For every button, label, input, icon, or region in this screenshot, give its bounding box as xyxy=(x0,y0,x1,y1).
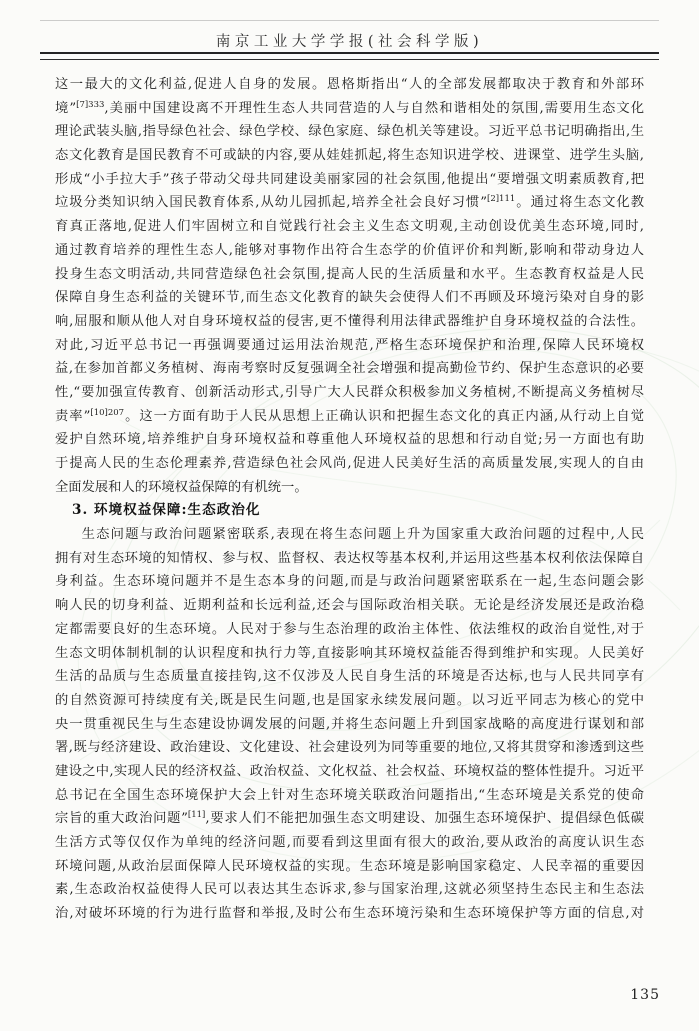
journal-title: 南京工业大学学报(社会科学版) xyxy=(0,30,699,51)
body-text-line: 治,对破坏环境的行为进行监督和举报,及时公布生态环境污染和生态环境保护等方面的信… xyxy=(55,902,644,926)
body-text-line: 理论武装头脑,指导绿色社会、绿色学校、绿色家庭、绿色机关等建设。习近平总书记明确… xyxy=(55,120,644,144)
body-text-line: 育真正落地,促进人们牢固树立和自觉践行社会主义生态文明观,主动创设优美生态环境,… xyxy=(55,215,644,239)
header-top-hairline xyxy=(40,20,659,21)
body-text-line: 通过教育培养的理性生态人,能够对事物作出符合生态学的价值评价和判断,影响和带动身… xyxy=(55,239,644,263)
body-text-line: 定都需要良好的生态环境。人民对于参与生态治理的政治主体性、依法维权的政治自觉性,… xyxy=(55,618,644,642)
body-text-line: 投身生态文明活动,共同营造绿色社会氛围,提高人民的生活质量和水平。生态教育权益是… xyxy=(55,263,644,287)
body-text-line: 素,生态政治权益使得人民可以表达其生态诉求,参与国家治理,这就必须坚持生态民主和… xyxy=(55,878,644,902)
body-text-line: 责率”[10]207。这一方面有助于人民从思想上正确认识和把握生态文化的真正内涵… xyxy=(55,405,644,429)
body-text-line: 总书记在全国生态环境保护大会上针对生态环境关联政治问题指出,“生态环境是关系党的… xyxy=(55,784,644,808)
page-number: 135 xyxy=(630,987,660,1003)
body-text-line: 生态文明体制机制的认识程度和执行力等,直接影响其环境权益能否得到维护和实现。人民… xyxy=(55,642,644,666)
body-text-line: 态文化教育是国民教育不可或缺的内容,要从娃娃抓起,将生态知识进学校、进课堂、进学… xyxy=(55,144,644,168)
citation-superscript: [11] xyxy=(188,810,205,820)
body-text-line: 的自然资源可持续度有关,既是民生问题,也是国家永续发展问题。以习近平同志为核心的… xyxy=(55,689,644,713)
body-text-line: 拥有对生态环境的知情权、参与权、监督权、表达权等基本权利,并运用这些基本权利依法… xyxy=(55,547,644,571)
body-text-line: 建设之中,实现人民的经济权益、政治权益、文化权益、社会权益、环境权益的整体性提升… xyxy=(55,760,644,784)
body-text-line: 形成“小手拉大手”孩子带动父母共同建设美丽家园的社会氛围,他提出“要增强文明素质… xyxy=(55,168,644,192)
body-text-line: 这一最大的文化利益,促进人自身的发展。恩格斯指出“人的全部发展都取决于教育和外部… xyxy=(55,73,644,97)
body-text-line: 生态问题与政治问题紧密联系,表现在将生态问题上升为国家重大政治问题的过程中,人民 xyxy=(55,523,644,547)
body-text-line: 署,既与经济建设、政治建设、文化建设、社会建设列为同等重要的地位,又将其贯穿和渗… xyxy=(55,736,644,760)
body-text-line: 环境问题,从政治层面保障人民环境权益的实现。生态环境是影响国家稳定、人民幸福的重… xyxy=(55,855,644,879)
journal-page: 南京工业大学学报(社会科学版) 这一最大的文化利益,促进人自身的发展。恩格斯指出… xyxy=(0,0,699,1031)
body-text-line: 垃圾分类知识纳入国民教育体系,从幼儿园抓起,培养全社会良好习惯”[2]111。通… xyxy=(55,191,644,215)
body-text-line: 全面发展和人的环境权益保障的有机统一。 xyxy=(55,476,644,500)
body-text-line: 保障自身生态利益的关键环节,而生态文化教育的缺失会使得人们不再顾及环境污染对自身… xyxy=(55,286,644,310)
body-text-line: 央一贯重视民生与生态建设协调发展的问题,并将生态问题上升到国家战略的高度进行谋划… xyxy=(55,713,644,737)
body-text-line: 生活方式等仅仅作为单纯的经济问题,而要看到这里面有很大的政治,要从政治的高度认识… xyxy=(55,831,644,855)
citation-superscript: [2]111 xyxy=(487,194,515,204)
paragraph-education-rights: 这一最大的文化利益,促进人自身的发展。恩格斯指出“人的全部发展都取决于教育和外部… xyxy=(55,73,644,499)
body-text-line: 身利益。生态环境问题并不是生态本身的问题,而是与政治问题紧密联系在一起,生态问题… xyxy=(55,570,644,594)
article-text-block: 这一最大的文化利益,促进人自身的发展。恩格斯指出“人的全部发展都取决于教育和外部… xyxy=(55,73,644,926)
body-text-line: 对此,习近平总书记一再强调要通过运用法治规范,严格生态环境保护和治理,保障人民环… xyxy=(55,334,644,358)
body-text-line: 爱护自然环境,培养维护自身环境权益和尊重他人环境权益的思想和行动自觉;另一方面也… xyxy=(55,428,644,452)
citation-superscript: [7]333 xyxy=(76,100,104,110)
body-text-line: 生活的品质与生态质量直接挂钩,这不仅涉及人民自身生活的环境是否达标,也与人民共同… xyxy=(55,665,644,689)
body-text-line: 响,屈服和顺从他人对自身环境权益的侵害,更不懂得利用法律武器维护自身环境权益的合… xyxy=(55,310,644,334)
body-text-line: 宗旨的重大政治问题”[11],要求人们不能把加强生态文明建设、加强生态环境保护、… xyxy=(55,807,644,831)
body-text-line: 益,在参加首都义务植树、海南考察时反复强调全社会增强和提高勤俭节约、保护生态意识… xyxy=(55,357,644,381)
body-text-line: 响人民的切身利益、近期利益和长远利益,还会与国际政治相关联。无论是经济发展还是政… xyxy=(55,594,644,618)
body-text-line: 性,“要加强宣传教育、创新活动形式,引导广大人民群众积极参加义务植树,不断提高义… xyxy=(55,381,644,405)
paragraph-eco-politics: 生态问题与政治问题紧密联系,表现在将生态问题上升为国家重大政治问题的过程中,人民… xyxy=(55,523,644,926)
section-heading-eco-politics: 3. 环境权益保障:生态政治化 xyxy=(55,499,644,523)
header-double-rule xyxy=(40,52,659,60)
body-text-line: 境”[7]333,美丽中国建设离不开理性生态人共同营造的人与自然和谐相处的氛围,… xyxy=(55,97,644,121)
citation-superscript: [10]207 xyxy=(90,408,124,418)
body-text-line: 于提高人民的生态伦理素养,营造绿色社会风尚,促进人民美好生活的高质量发展,实现人… xyxy=(55,452,644,476)
